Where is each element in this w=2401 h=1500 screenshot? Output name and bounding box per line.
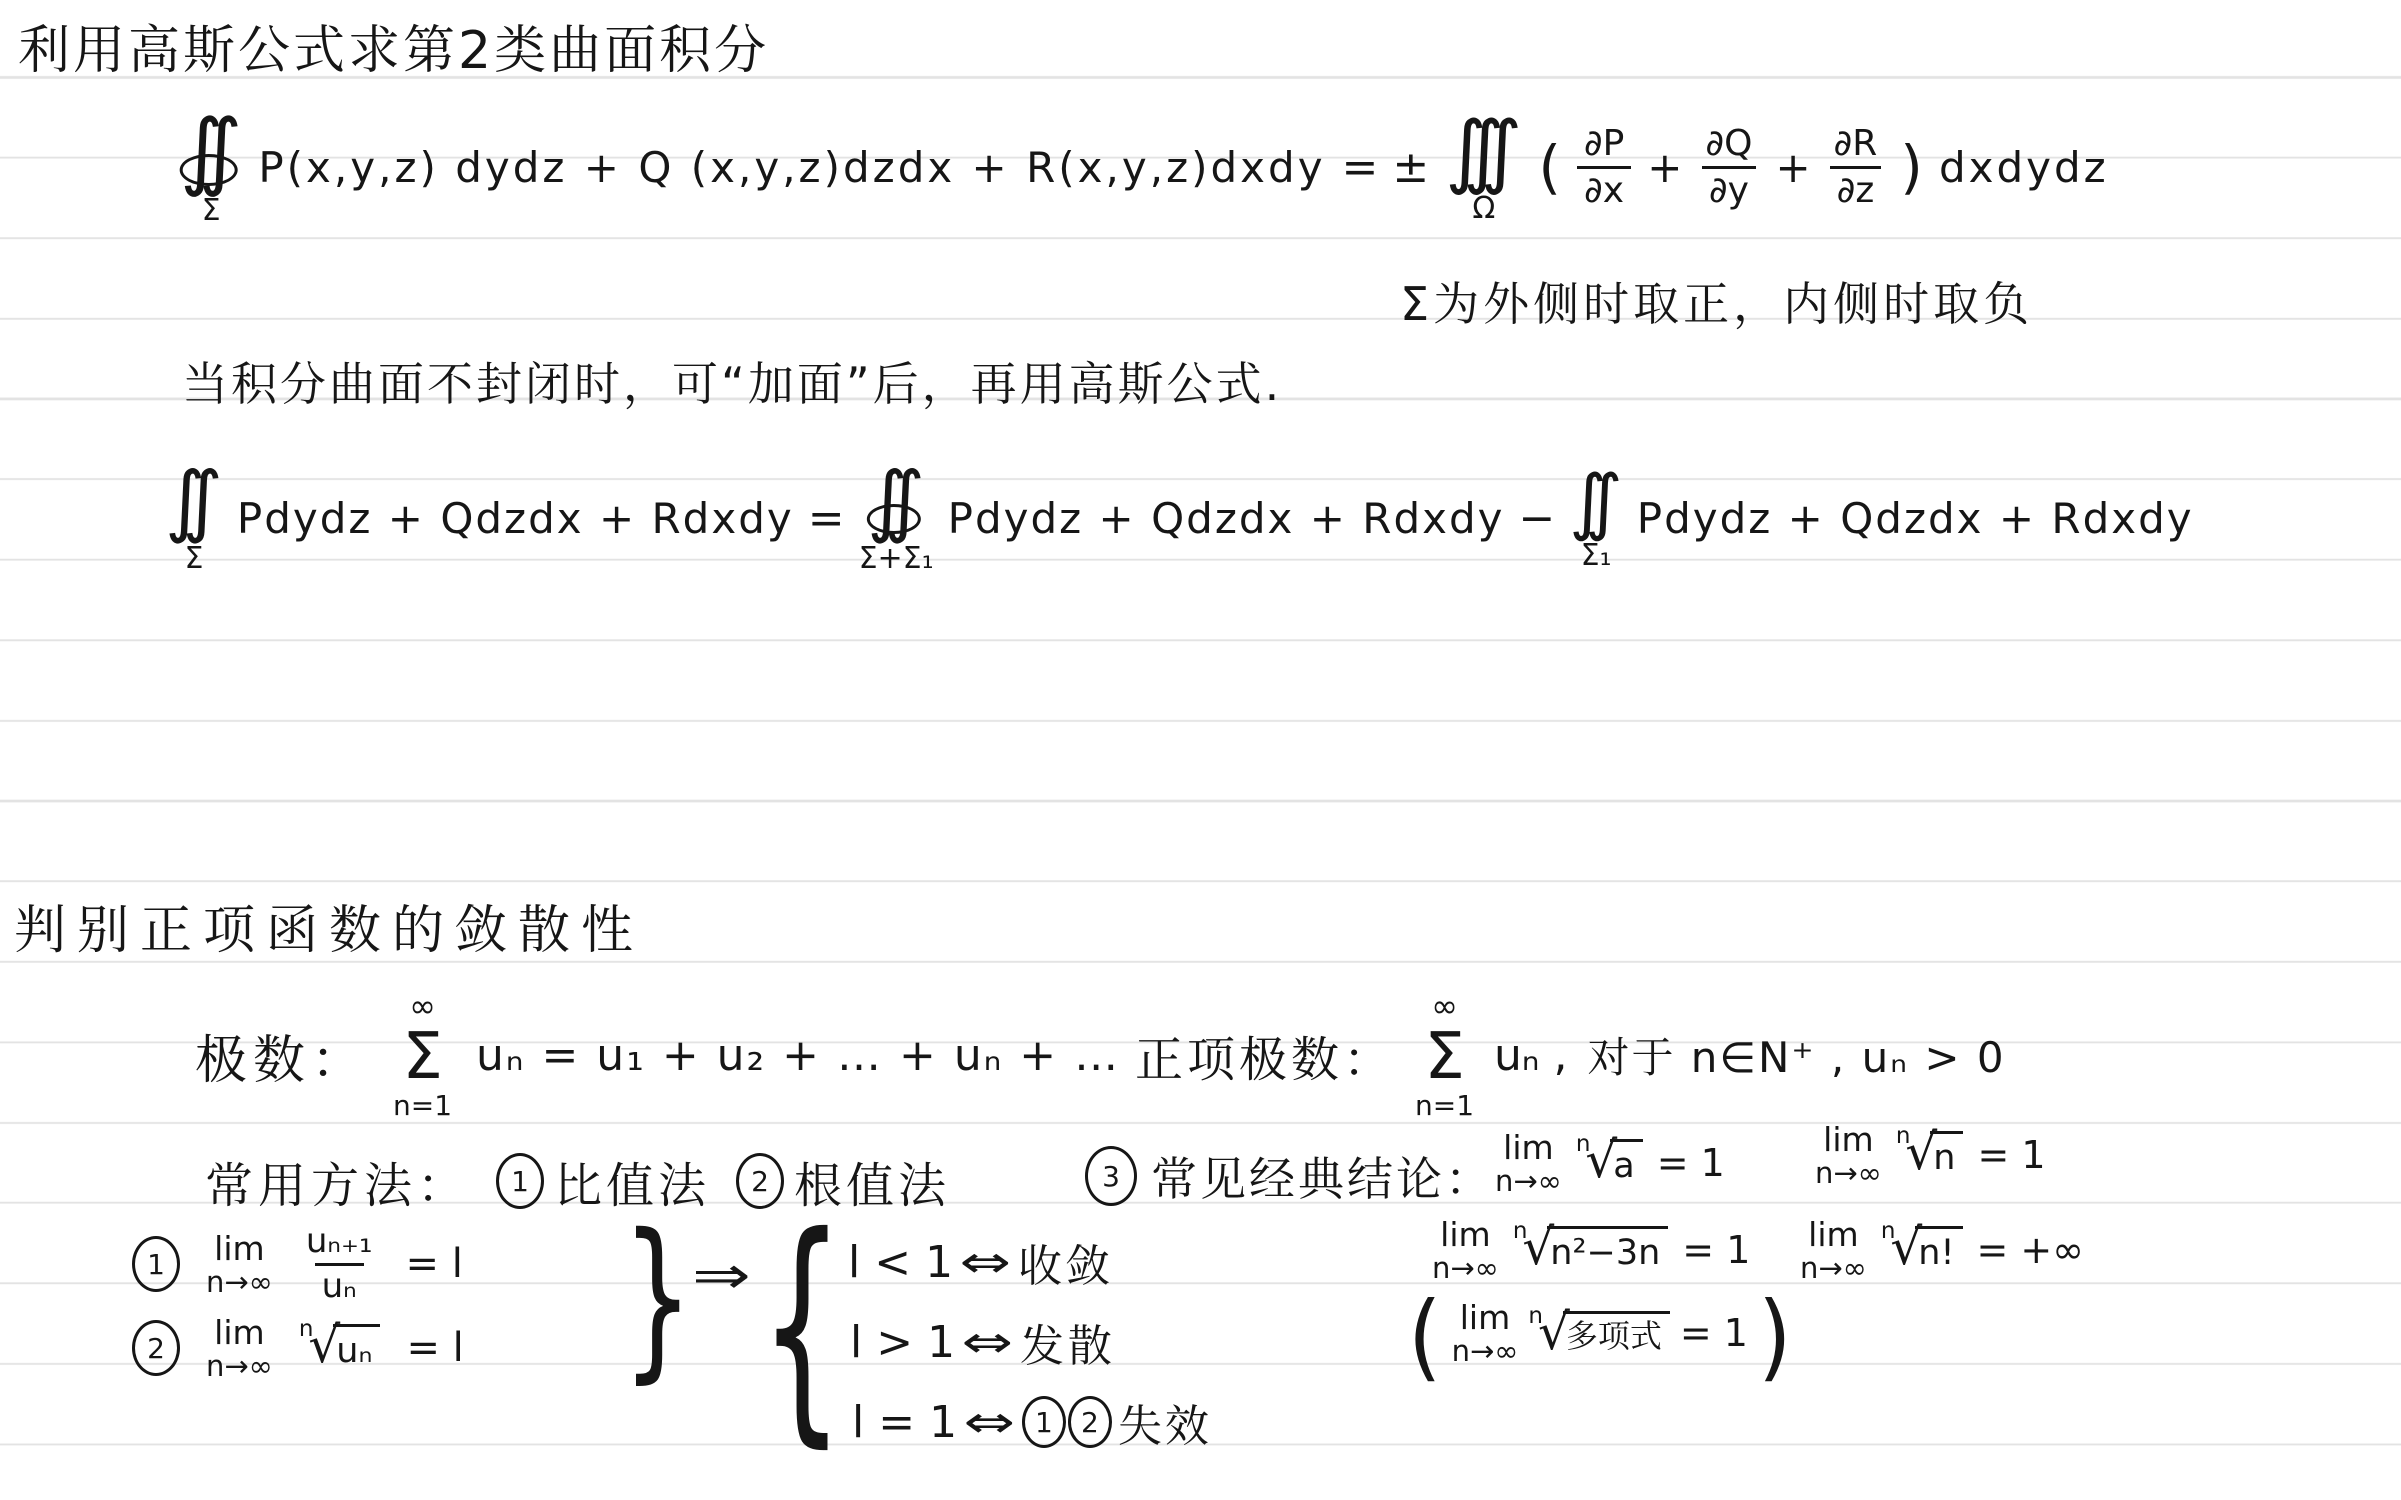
series-expansion: uₙ = u₁ + u₂ + … + uₙ + … [476,1030,1120,1081]
classic-limit-poly2: lim n→∞ n √ n²−3n = 1 [1432,1206,1750,1294]
partial-p-fraction: ∂P ∂x [1577,125,1631,210]
equals-sign: = [808,493,845,544]
right-brace: } [622,1212,693,1386]
gauss-formula: ∫∫ Σ P(x,y,z) dydz + Q (x,y,z)dzdx + R(x… [180,92,2109,242]
iff-arrow-icon: ⇔ [964,1397,1016,1448]
double-integral-sign: ∫∫ [180,108,242,194]
closure-note: 当积分曲面不封闭时，可“加面”后，再用高斯公式. [182,348,1282,414]
plus-sign: + [1775,143,1810,192]
classic-limit-factorial: lim n→∞ n √ n! = +∞ [1800,1206,2084,1294]
circled-1-icon: 1 [1022,1396,1066,1448]
section1-title: 利用高斯公式求第2类曲面积分 [18,8,769,83]
integral-subscript: Ω [1472,194,1495,224]
equals-plus-minus: = ± [1342,142,1430,193]
positive-series-label: 正项极数： [1135,1021,1395,1090]
positive-series-condition: 对于 n∈N⁺ , uₙ > 0 [1587,1025,2005,1085]
series-definition: 极数： ∞ Σ n=1 uₙ = u₁ + u₂ + … + uₙ + … [195,975,1120,1135]
closed-surface-integral: ∫∫ Σ [180,108,242,226]
patch-body-1: Pdydz + Qdzdx + Rdxdy [237,494,794,543]
circled-1-icon: 1 [132,1236,180,1292]
positive-series-term: uₙ , [1494,1030,1567,1081]
root-test: 2 lim n→∞ n √ uₙ = l [132,1312,464,1384]
section2-title: 判别正项函数的敛散性 [14,888,644,963]
nth-root: n √ a [1576,1139,1643,1186]
summation-symbol: ∞ Σ n=1 [1415,990,1474,1120]
big-open-paren: ( [1408,1290,1442,1385]
surface-integral-sigma: ∫∫ Σ [165,462,223,574]
left-brace: { [760,1205,844,1449]
classic-limit-polynomial: ( lim n→∞ n √ 多项式 = 1 ) [1408,1288,1792,1378]
open-paren: ( [1538,133,1561,201]
circled-2-icon: 2 [132,1320,180,1376]
patch-body-3: Pdydz + Qdzdx + Rdxdy [1637,494,2194,543]
close-paren: ) [1900,133,1923,201]
partial-r-fraction: ∂R ∂z [1827,125,1885,210]
circled-3-icon: 3 [1085,1146,1137,1206]
iff-arrow-icon: ⇔ [962,1317,1014,1368]
patch-formula: ∫∫ Σ Pdydz + Qdzdx + Rdxdy = ∫∫ Σ+Σ₁ Pdy… [165,448,2194,588]
classic-limit-n: lim n→∞ n √ n = 1 [1815,1110,2046,1200]
implies-arrow-icon: ⇒ [692,1246,751,1306]
iff-arrow-icon: ⇔ [960,1237,1012,1288]
summation-symbol: ∞ Σ n=1 [393,990,452,1120]
closed-surface-integral-sum: ∫∫ Σ+Σ₁ [859,462,934,574]
nth-root: n √ n [1896,1131,1964,1178]
nth-root: n √ n! [1881,1226,1963,1273]
gauss-lhs-body: P(x,y,z) dydz + Q (x,y,z)dzdx + R(x,y,z)… [258,143,1325,192]
circled-1-icon: 1 [496,1153,544,1209]
series-label: 极数： [195,1018,369,1093]
integral-subscript: Σ [202,196,221,226]
surface-integral-sigma1: ∫∫ Σ₁ [1569,465,1622,570]
circled-2-icon: 2 [1068,1396,1112,1448]
orientation-sign-note: Σ为外侧时取正，内侧时取负 [1400,268,2033,334]
patch-body-2: Pdydz + Qdzdx + Rdxdy [948,494,1505,543]
nth-root: n √ uₙ [299,1324,381,1371]
plus-sign: + [1647,143,1682,192]
classic-conclusions-label: 3 常见经典结论： [1085,1140,1494,1212]
ratio-test: 1 lim n→∞ uₙ₊₁ uₙ = l [132,1225,463,1303]
volume-element: dxdydz [1939,143,2109,192]
case-converge: l < 1 ⇔ 收敛 [848,1228,1114,1296]
minus-sign: − [1518,493,1555,544]
nth-root: n √ 多项式 [1528,1311,1669,1355]
ratio-fraction: uₙ₊₁ uₙ [299,1224,380,1304]
nth-root: n √ n²−3n [1513,1226,1668,1273]
triple-integral-sign: ∫∫∫ [1445,110,1522,192]
ruled-paper-notes: 利用高斯公式求第2类曲面积分 ∫∫ Σ P(x,y,z) dydz + Q (x… [0,0,2401,1500]
case-inconclusive: l = 1 ⇔ 1 2 失效 [852,1388,1212,1456]
methods-label: 常用方法： [205,1147,470,1216]
big-close-paren: ) [1758,1290,1792,1385]
triple-integral: ∫∫∫ Ω [1445,110,1522,224]
case-diverge: l > 1 ⇔ 发散 [850,1308,1116,1376]
partial-q-fraction: ∂Q ∂y [1699,125,1760,210]
classic-limit-a: lim n→∞ n √ a = 1 [1495,1118,1725,1208]
